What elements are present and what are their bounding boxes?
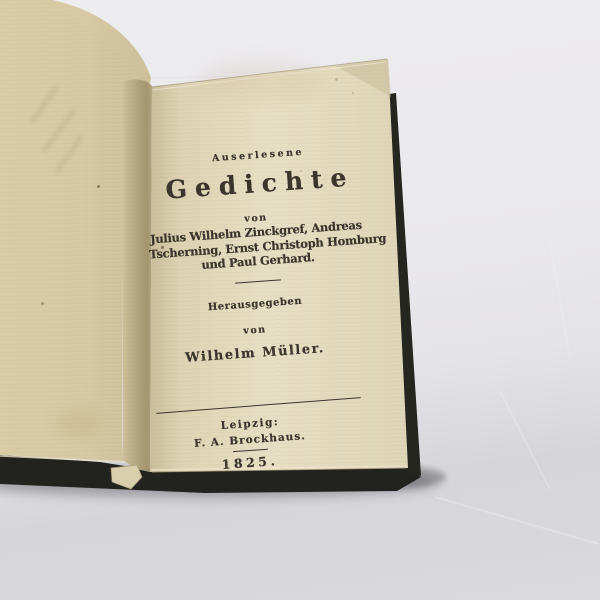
separator-rule	[150, 273, 366, 289]
gutter-shadow	[122, 79, 152, 472]
edited-by-label: Herausgegeben	[147, 291, 363, 317]
book-title: Gedichte	[151, 162, 368, 206]
book-photograph: Auserlesene Gedichte von Julius Wilhelm …	[0, 0, 600, 600]
imprint-year: 1825.	[142, 447, 359, 477]
title-page-text: Auserlesene Gedichte von Julius Wilhelm …	[150, 55, 366, 475]
editor-name: Wilhelm Müller.	[147, 338, 364, 368]
foxing-speck	[41, 302, 44, 305]
stain	[55, 410, 101, 436]
foxing-speck	[97, 185, 100, 188]
edited-by-intro: von	[147, 317, 363, 343]
